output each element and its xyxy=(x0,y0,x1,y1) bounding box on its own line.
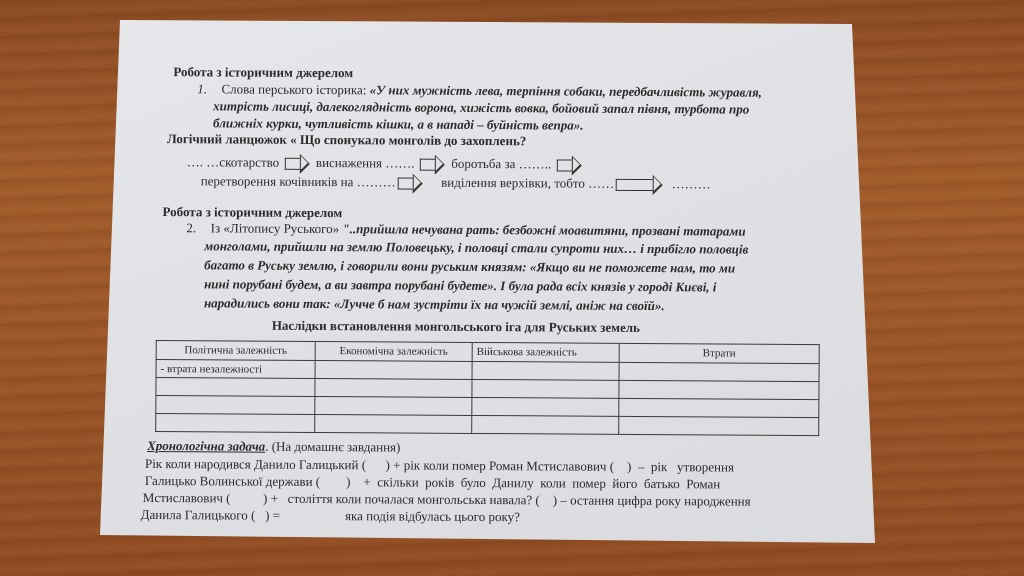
section2-intro: Із «Літопису Руського» xyxy=(211,220,343,236)
table-cell xyxy=(156,414,315,433)
worksheet: Робота з історичним джерелом 1. Слова пе… xyxy=(0,0,1024,576)
quote-line: "..прийшла нечувана рать: безбожні моави… xyxy=(342,221,745,238)
quote-line: багато в Руську землю, і говорили вони р… xyxy=(204,257,735,276)
chrono-line: Данила Галицького ( ) = яка подія відбул… xyxy=(141,507,520,525)
table-cell xyxy=(472,397,619,416)
table-cell xyxy=(619,416,819,435)
quote-line: «У них мужність лева, терпіння собаки, п… xyxy=(370,82,762,99)
section1-intro: Слова перського історика: xyxy=(221,81,369,97)
column-header: Політична залежність xyxy=(156,341,315,361)
chain-row-2: перетворення кочівників на ……… виділення… xyxy=(201,173,711,192)
section2-heading: Робота з історичним джерелом xyxy=(162,204,342,221)
table-cell xyxy=(472,415,619,434)
arrow-right-icon xyxy=(556,159,571,171)
column-header: Втрати xyxy=(619,343,819,363)
table-cell xyxy=(315,378,472,397)
section1-heading: Робота з історичним джерелом xyxy=(173,64,353,81)
column-header: Військова залежність xyxy=(472,342,619,362)
arrow-right-icon xyxy=(420,159,435,171)
table-cell xyxy=(619,380,819,399)
chain-row-1: …. …скотарство виснаження ……. боротьба з… xyxy=(187,154,574,172)
chain-step: боротьба за …….. xyxy=(451,156,551,172)
table-cell xyxy=(156,396,315,415)
chrono-heading: Хронологічна задача. (На домашнє завданн… xyxy=(147,438,400,456)
table-cell xyxy=(472,379,619,398)
table-cell xyxy=(315,396,472,415)
quote-line: нарадились вони так: «Лучче б нам зустрі… xyxy=(204,295,665,314)
quote-line: монголами, прийшли на землю Половецьку, … xyxy=(204,238,748,257)
consequences-table: Політична залежність Економічна залежніс… xyxy=(155,340,820,436)
item-number: 1. xyxy=(197,81,207,96)
table-title: Наслідки встановлення монгольського іга … xyxy=(272,318,640,336)
chain-step: виснаження ……. xyxy=(316,155,415,171)
quote-line: нині порубані будем, а ви завтра порубан… xyxy=(204,276,716,295)
arrow-right-icon xyxy=(398,178,413,190)
table-cell xyxy=(619,362,819,381)
chain-heading: Логічний ланцюжок « Що спонукало монголі… xyxy=(167,131,526,149)
chrono-subtitle: . (На домашнє завдання) xyxy=(265,439,400,455)
column-header: Економічна залежність xyxy=(315,341,472,361)
arrow-right-icon xyxy=(616,179,653,191)
quote-line: хитрість лисиці, далекоглядність ворона,… xyxy=(213,98,749,117)
arrow-right-icon xyxy=(284,158,299,170)
table-cell xyxy=(619,398,819,417)
table-cell xyxy=(156,378,315,397)
chain-step: …. …скотарство xyxy=(187,154,279,170)
chrono-title: Хронологічна задача xyxy=(147,438,265,454)
chain-step: ……… xyxy=(672,176,711,191)
table-cell xyxy=(315,360,472,379)
table-cell: - втрата незалежності xyxy=(156,360,315,379)
chain-step: виділення верхівки, тобто …… xyxy=(441,175,614,191)
section2-line1: 2. Із «Літопису Руського» "..прийшла неч… xyxy=(186,220,745,239)
item-number: 2. xyxy=(186,220,196,235)
table-cell xyxy=(315,414,472,433)
table-row xyxy=(156,414,819,436)
chain-step: перетворення кочівників на ……… xyxy=(201,173,396,189)
table-cell xyxy=(472,361,619,380)
